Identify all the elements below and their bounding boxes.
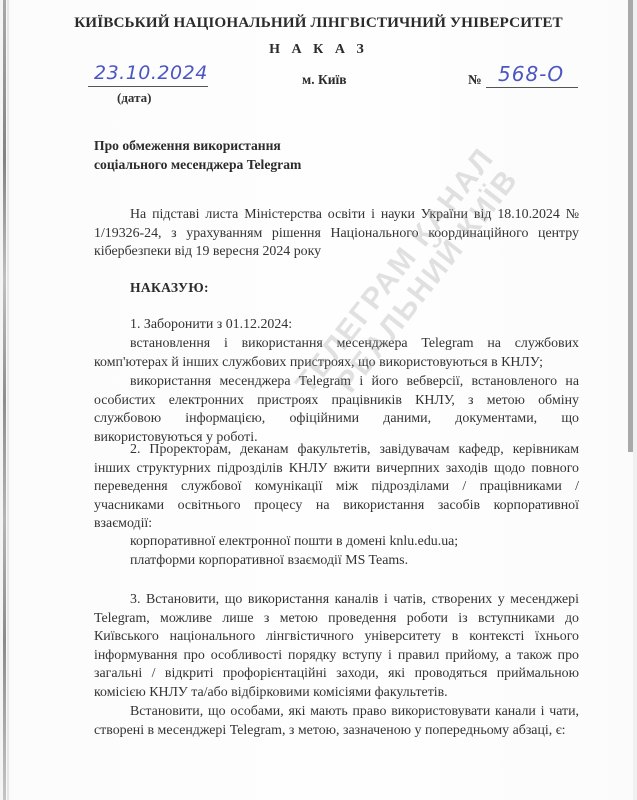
date-underline: [88, 86, 208, 87]
subject-line-2: соціального месенджера Telegram: [94, 155, 301, 174]
number-label: №: [468, 72, 482, 88]
item-1-title: 1. Заборонити з 01.12.2024:: [94, 316, 579, 335]
item-1-paragraph-2: використання месенджера Telegram і його …: [94, 373, 579, 447]
scan-edge-right: [633, 0, 637, 800]
institution-name: КИЇВСЬКИЙ НАЦІОНАЛЬНИЙ ЛІНГВІСТИЧНИЙ УНІ…: [0, 14, 637, 32]
subject-line-1: Про обмеження використання: [94, 136, 301, 155]
scan-edge-left: [3, 0, 6, 800]
city: м. Київ: [302, 72, 347, 88]
item-2-list-teams: платформи корпоративної взаємодії MS Tea…: [130, 553, 408, 569]
item-1-paragraph-1: встановлення і використання месенджера T…: [94, 335, 579, 372]
item-2-text: 2. Проректорам, деканам факультетів, зав…: [94, 441, 579, 534]
number-underline: [486, 87, 578, 88]
document-type: Н А К А З: [0, 42, 637, 58]
handwritten-date: 23.10.2024: [94, 62, 208, 84]
order-heading: НАКАЗУЮ:: [130, 280, 209, 296]
scanned-page: КИЇВСЬКИЙ НАЦІОНАЛЬНИЙ ЛІНГВІСТИЧНИЙ УНІ…: [0, 0, 637, 800]
handwritten-order-number: 568-О: [498, 62, 564, 86]
scan-edge-left-shadow: [7, 0, 9, 800]
item-2-list-email: корпоративної електронної пошти в домені…: [130, 534, 458, 550]
preamble: На підставі листа Міністерства освіти і …: [94, 206, 579, 262]
item-3-text: 3. Встановити, що використання каналів і…: [94, 591, 579, 703]
item-3-paragraph-2: Встановити, що особами, які мають право …: [94, 703, 579, 740]
order-subject: Про обмеження використання соціального м…: [94, 136, 301, 174]
date-label: (дата): [117, 90, 151, 106]
